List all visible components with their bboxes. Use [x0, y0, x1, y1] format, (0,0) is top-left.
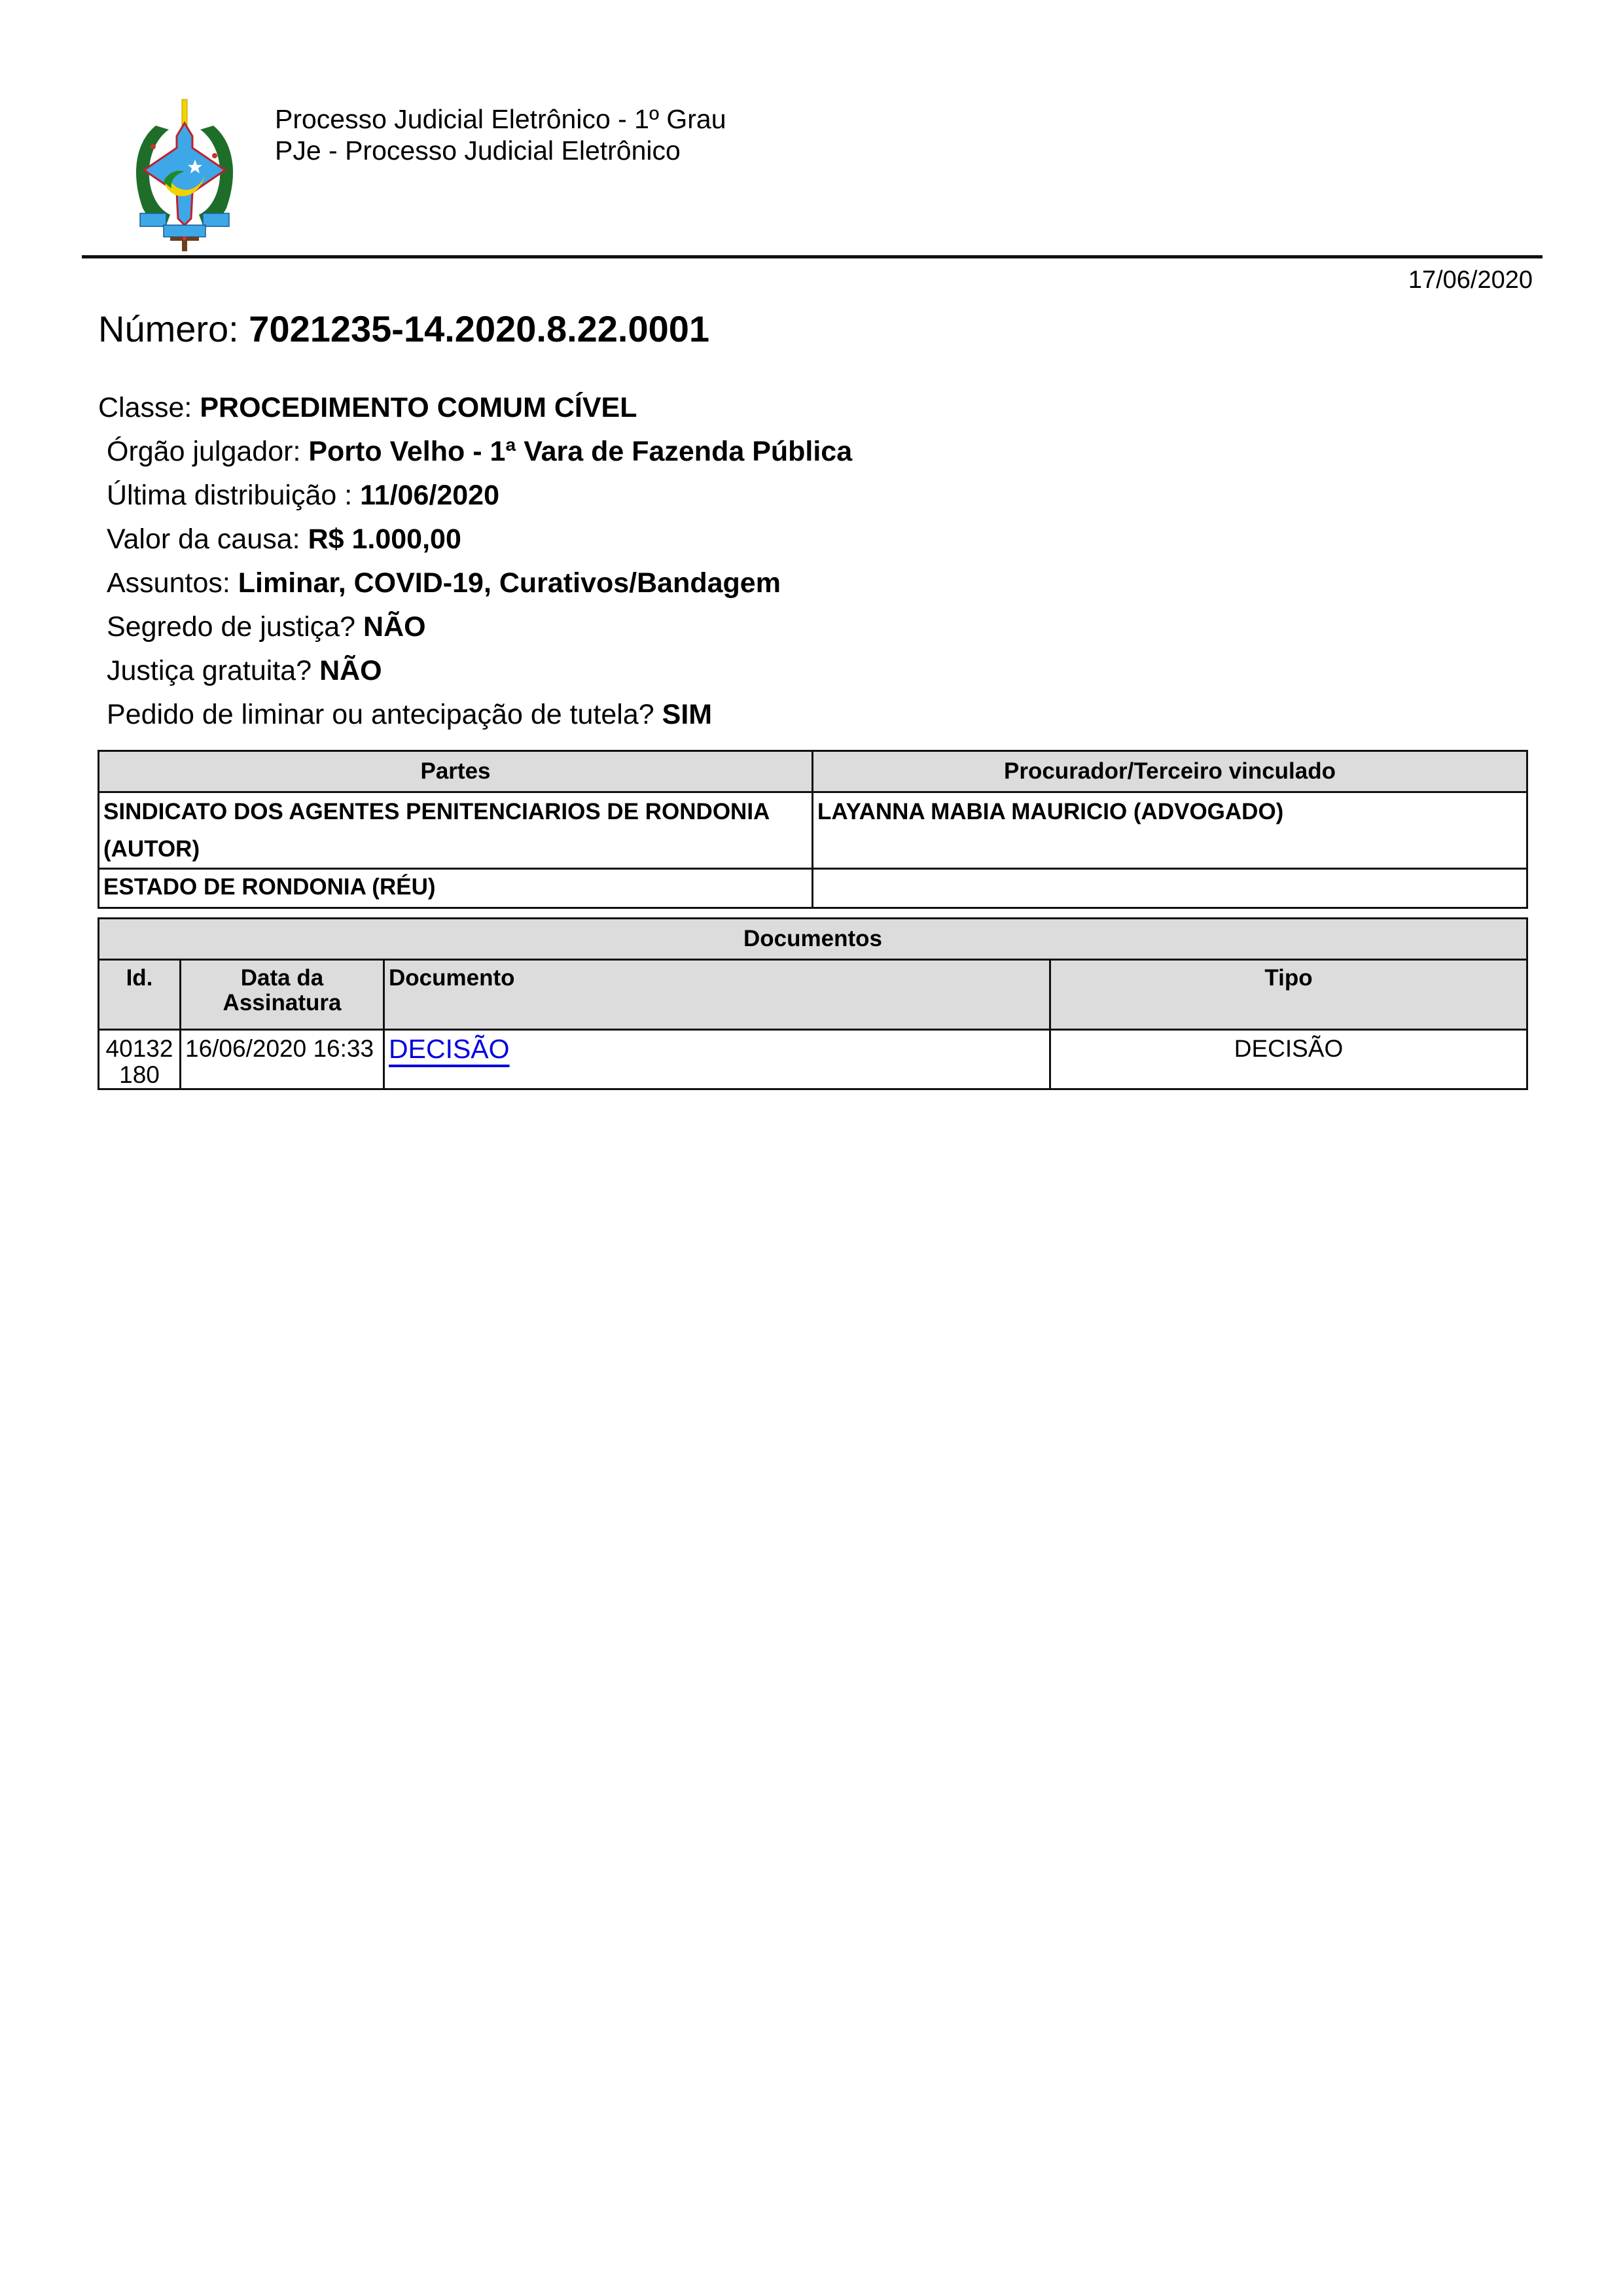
field-classe: Classe: PROCEDIMENTO COMUM CÍVEL	[98, 391, 637, 424]
document-link[interactable]: DECISÃO	[389, 1034, 510, 1064]
doc-cell: DECISÃO	[384, 1030, 1050, 1089]
field-label: Justiça gratuita?	[107, 655, 312, 686]
procurador-name	[813, 869, 1527, 908]
doc-id: 40132180	[99, 1030, 181, 1089]
field-value: 11/06/2020	[360, 480, 499, 511]
field-value: SIM	[662, 699, 712, 730]
print-date: 17/06/2020	[1408, 266, 1533, 294]
process-number: Número: 7021235-14.2020.8.22.0001	[98, 308, 709, 351]
field-label: Valor da causa:	[107, 523, 300, 555]
system-subtitle: PJe - Processo Judicial Eletrônico	[275, 135, 681, 166]
field-value: R$ 1.000,00	[308, 523, 461, 555]
documentos-title: Documentos	[99, 919, 1527, 960]
col-header-documento: Documento	[384, 960, 1050, 1030]
parte-name: SINDICATO DOS AGENTES PENITENCIARIOS DE …	[99, 792, 813, 869]
field-label: Segredo de justiça?	[107, 611, 355, 643]
field-label: Última distribuição :	[107, 480, 352, 511]
field-value: Liminar, COVID-19, Curativos/Bandagem	[238, 567, 781, 599]
col-header-tipo: Tipo	[1050, 960, 1527, 1030]
partes-table: Partes Procurador/Terceiro vinculado SIN…	[98, 750, 1528, 909]
field-justica-gratuita: Justiça gratuita? NÃO	[107, 654, 382, 687]
table-row: 40132180 16/06/2020 16:33 DECISÃO DECISÃ…	[99, 1030, 1527, 1089]
col-header-data-assinatura: Data da Assinatura	[181, 960, 384, 1030]
field-value: NÃO	[319, 655, 382, 686]
col-header-id: Id.	[99, 960, 181, 1030]
header-divider	[82, 255, 1543, 258]
field-label: Assuntos:	[107, 567, 230, 599]
process-number-label: Número:	[98, 308, 239, 349]
field-assuntos: Assuntos: Liminar, COVID-19, Curativos/B…	[107, 567, 781, 599]
field-segredo-justica: Segredo de justiça? NÃO	[107, 610, 426, 643]
field-ultima-distribuicao: Última distribuição : 11/06/2020	[107, 479, 499, 512]
field-orgao-julgador: Órgão julgador: Porto Velho - 1ª Vara de…	[107, 435, 852, 468]
field-value: NÃO	[363, 611, 426, 643]
field-pedido-liminar: Pedido de liminar ou antecipação de tute…	[107, 698, 712, 731]
doc-type: DECISÃO	[1050, 1030, 1527, 1089]
col-header-procurador: Procurador/Terceiro vinculado	[813, 751, 1527, 792]
field-valor-causa: Valor da causa: R$ 1.000,00	[107, 523, 461, 556]
table-row: SINDICATO DOS AGENTES PENITENCIARIOS DE …	[99, 792, 1527, 869]
field-value: PROCEDIMENTO COMUM CÍVEL	[200, 392, 637, 423]
documentos-table: Documentos Id. Data da Assinatura Docume…	[98, 917, 1528, 1090]
system-title: Processo Judicial Eletrônico - 1º Grau	[275, 103, 726, 135]
field-value: Porto Velho - 1ª Vara de Fazenda Pública	[308, 436, 852, 467]
col-header-partes: Partes	[99, 751, 813, 792]
process-number-value: 7021235-14.2020.8.22.0001	[249, 308, 709, 349]
rondonia-coat-of-arms-logo	[123, 97, 246, 253]
field-label: Pedido de liminar ou antecipação de tute…	[107, 699, 654, 730]
parte-name: ESTADO DE RONDONIA (RÉU)	[99, 869, 813, 908]
field-label: Classe:	[98, 392, 192, 423]
field-label: Órgão julgador:	[107, 436, 300, 467]
procurador-name: LAYANNA MABIA MAURICIO (ADVOGADO)	[813, 792, 1527, 869]
doc-signature-date: 16/06/2020 16:33	[181, 1030, 384, 1089]
table-row: ESTADO DE RONDONIA (RÉU)	[99, 869, 1527, 908]
